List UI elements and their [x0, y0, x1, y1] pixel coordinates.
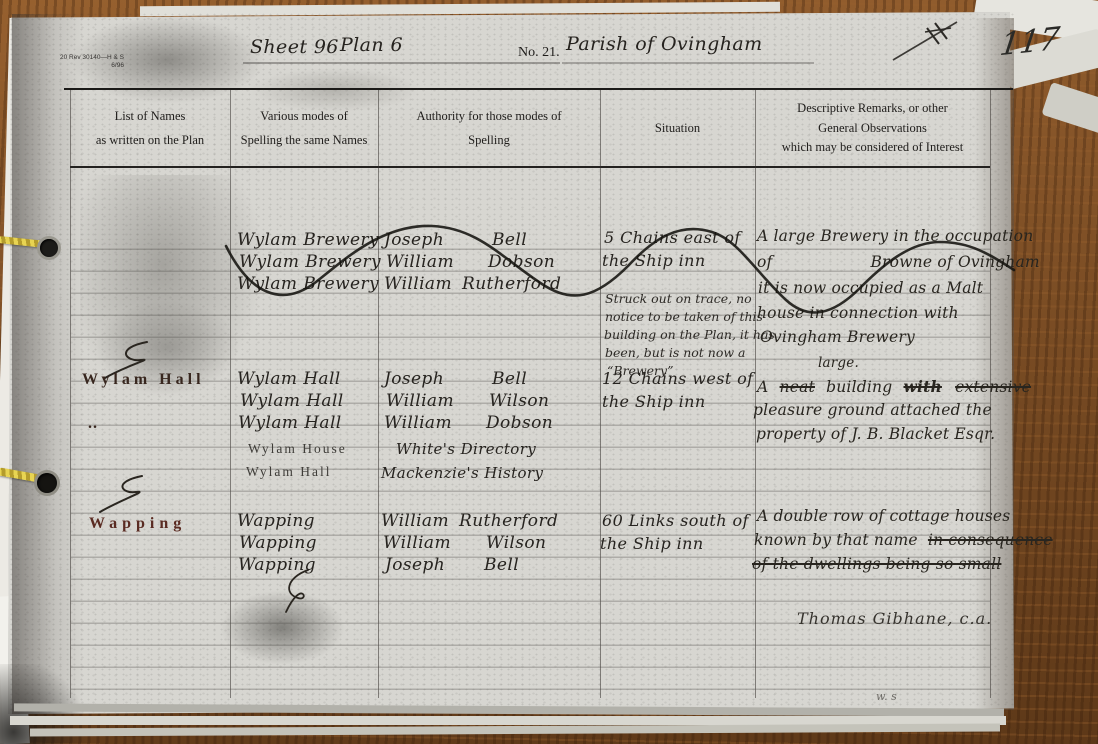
- situation-line: the Ship inn: [602, 392, 706, 411]
- authority-last-name: Wilson: [486, 533, 546, 553]
- bottom-page-edges-3: [30, 723, 1000, 736]
- form-stamp-line2: 6/96: [60, 62, 124, 70]
- parish-name: Parish of Ovingham: [566, 33, 763, 55]
- penciled-spelling-entry: Wylam Hall: [246, 464, 332, 480]
- flourish-mark: [278, 568, 318, 616]
- spelling-entry: Wapping: [239, 533, 317, 553]
- column-header-text: Descriptive Remarks, or other: [757, 102, 988, 115]
- authority-first-name: William: [384, 413, 452, 433]
- remarks-line-struck: of the dwellings being so small: [752, 555, 1001, 573]
- form-stamp-line1: 20 Rev 30140—H & S: [60, 54, 124, 62]
- flourish-mark: [92, 472, 162, 517]
- remarks-line: A double row of cottage houses: [757, 507, 1010, 525]
- authority-last-name: Wilson: [489, 391, 549, 411]
- eyelet-hole-top: [40, 239, 58, 257]
- situation-line: the Ship inn: [600, 534, 704, 553]
- pencil-marks-icon: [885, 8, 1005, 68]
- authority-first-name: William: [386, 391, 454, 411]
- column-header-text: Spelling: [380, 134, 598, 147]
- sheet-number: Sheet 96: [250, 36, 339, 58]
- page-number: 117: [998, 21, 1062, 64]
- surveyor-signature: Thomas Gibhane, c.a.: [797, 609, 992, 628]
- header-rule-left: [243, 62, 560, 64]
- authority-first-name: Joseph: [384, 369, 444, 389]
- column-header-text: which may be considered of Interest: [757, 141, 988, 154]
- authority-last-name: Bell: [492, 369, 527, 389]
- column-header-text: as written on the Plan: [72, 134, 228, 147]
- column-header-authority: Authority for those modes of Spelling: [380, 92, 598, 164]
- column-header-remarks: Descriptive Remarks, or other General Ob…: [757, 92, 988, 164]
- remarks-word-struck: in consequence: [928, 531, 1053, 549]
- spelling-entry: Wapping: [237, 511, 315, 531]
- authority-last-name: Bell: [484, 555, 519, 575]
- inserted-correction-word: large.: [818, 355, 859, 371]
- authority-last-name: Dobson: [486, 413, 553, 433]
- column-header-various-modes: Various modes of Spelling the same Names: [232, 92, 376, 164]
- authority-first-name: William: [383, 533, 451, 553]
- remarks-word-struck: with: [903, 377, 941, 396]
- strikeout-wave-line: [220, 208, 1020, 348]
- form-stamp: 20 Rev 30140—H & S 6/96: [60, 54, 124, 69]
- column-header-text: List of Names: [72, 110, 228, 123]
- table-top-rule: [64, 88, 1013, 90]
- plan-name-wapping: Wapping: [89, 515, 186, 533]
- remarks-line: known by that name in consequence: [754, 531, 1053, 549]
- remarks-word-struck: neat: [780, 378, 815, 396]
- authority-first-name: Joseph: [385, 555, 445, 575]
- bottom-pencil-mark: w. s: [876, 690, 897, 703]
- ditto-mark: ..: [88, 415, 98, 433]
- column-header-text: Authority for those modes of: [380, 110, 598, 123]
- remarks-word-struck: extensive: [955, 378, 1031, 396]
- column-header-list-of-names: List of Names as written on the Plan: [72, 92, 228, 164]
- spelling-entry: Wylam Hall: [238, 413, 342, 433]
- authority-source: Mackenzie's History: [381, 464, 543, 482]
- column-header-text: Various modes of: [232, 110, 376, 123]
- penciled-spelling-entry: Wylam House: [248, 441, 347, 457]
- situation-line: 12 Chains west of: [602, 369, 754, 388]
- spelling-entry: Wylam Hall: [240, 391, 344, 411]
- column-header-situation: Situation: [602, 92, 753, 164]
- plan-number: Plan 6: [340, 34, 403, 56]
- situation-line: 60 Links south of: [602, 511, 749, 530]
- remarks-word: known by that name: [754, 531, 918, 549]
- remarks-line: property of J. B. Blacket Esqr.: [756, 425, 995, 443]
- remarks-line: pleasure ground attached the: [753, 401, 992, 419]
- remarks-word: A: [757, 378, 768, 396]
- authority-source: White's Directory: [396, 440, 536, 458]
- torn-page-corner-3: [1041, 82, 1098, 136]
- column-header-text: Spelling the same Names: [232, 134, 376, 147]
- plan-name-wylam-hall: Wylam Hall: [82, 371, 205, 389]
- table-header-bottom-rule: [70, 166, 990, 168]
- column-header-text: Situation: [602, 122, 753, 135]
- remarks-line: A neat building with extensive: [757, 377, 1031, 396]
- authority-last-name: Rutherford: [459, 511, 558, 531]
- header-rule-right: [562, 62, 814, 64]
- eyelet-hole-bottom: [37, 473, 57, 493]
- column-header-text: General Observations: [757, 122, 988, 135]
- desk-scene: 20 Rev 30140—H & S 6/96 Sheet 96 Plan 6 …: [0, 0, 1098, 744]
- remarks-word: building: [826, 378, 892, 396]
- spelling-entry: Wylam Hall: [237, 369, 341, 389]
- no-label: No. 21.: [518, 46, 560, 60]
- authority-first-name: William: [381, 511, 449, 531]
